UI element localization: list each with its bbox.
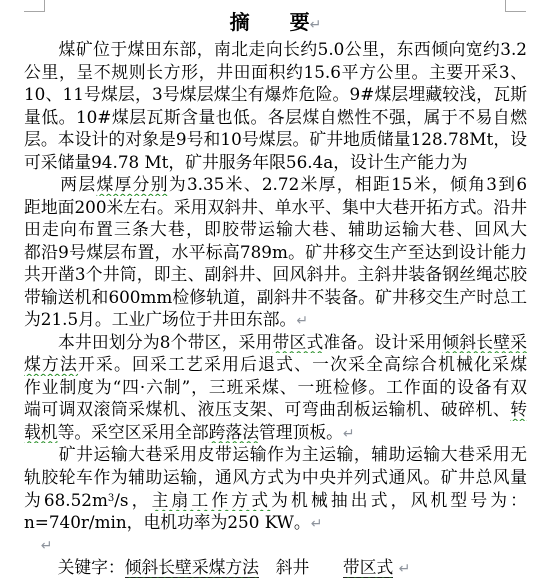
- body-text: 开采。回采工艺采用后退式、一次采全高综合机械化采煤法。: [24, 354, 527, 376]
- para-empty-line-1[interactable]: ↵: [24, 533, 527, 556]
- para-mining-method-line-5[interactable]: 载机等。采空区采用全部跨落法管理顶板。↵: [24, 421, 527, 444]
- para-transport-ventilation-line-4[interactable]: n=740r/min，电机功率为250 KW。↵: [24, 511, 527, 534]
- body-text: [259, 557, 276, 577]
- word-document-screenshot: { "meta": { "background_color": "#ffffff…: [0, 0, 550, 583]
- body-text: 作业制度为“四·六制”，三班采煤、一班检修。工作面的设备有双: [24, 377, 527, 397]
- paragraph-mark-icon: ↵: [399, 561, 411, 577]
- paragraph-mark-icon: ↵: [41, 538, 53, 554]
- keyword-underlined-text: 带区式: [343, 557, 393, 578]
- para-mine-overview-line-5[interactable]: 层。本设计的对象是9号和10号煤层。矿井地质储量128.78Mt，设计: [24, 128, 527, 151]
- body-text: 准备。设计采用: [323, 332, 442, 352]
- para-mining-method-line-2[interactable]: 煤方法开采。回采工艺采用后退式、一次采全高综合机械化采煤法。: [24, 353, 527, 376]
- body-text: 本井田划分为8个带区，采用: [24, 332, 273, 352]
- para-mine-overview-line-3[interactable]: 10、11号煤层，3号煤层煤尘有爆炸危险。9#煤层埋藏较浅，瓦斯含: [24, 83, 527, 106]
- body-text: 为21.5月。工业广场位于井田东部。: [24, 309, 296, 329]
- para-development-line-6[interactable]: 带输送机和600mm检修轨道，副斜井不装备。矿井移交生产时总工期: [24, 286, 527, 309]
- para-transport-ventilation-line-1[interactable]: 矿井运输大巷采用皮带运输作为主运输，辅助运输大巷采用无: [24, 443, 527, 466]
- spellcheck-flagged-text: 转: [510, 399, 527, 419]
- paragraph-mark-icon: ↵: [296, 313, 308, 329]
- document-page[interactable]: 摘 要↵ 煤矿位于煤田东部，南北走向长约5.0公里，东西倾向宽约3.2公里，呈不…: [24, 8, 527, 578]
- paragraph-mark-icon: ↵: [310, 17, 322, 33]
- para-transport-ventilation-line-2[interactable]: 轨胶轮车作为辅助运输，通风方式为中央并列式通风。矿井总风量: [24, 466, 527, 489]
- body-text: 管理顶板。: [259, 422, 343, 442]
- para-development-line-5[interactable]: 共开凿3个井筒，即主、副斜井、回风斜井。主斜井装备钢丝绳芯胶: [24, 263, 527, 286]
- paragraphs: 煤矿位于煤田东部，南北走向长约5.0公里，东西倾向宽约3.2公里，呈不规则长方形…: [24, 38, 527, 578]
- abstract-title: 摘 要↵: [24, 8, 527, 36]
- para-mine-overview-line-4[interactable]: 量低。10#煤层瓦斯含量也低。各层煤自燃性不强，属于不易自燃煤: [24, 106, 527, 129]
- para-mining-method-line-3[interactable]: 作业制度为“四·六制”，三班采煤、一班检修。工作面的设备有双: [24, 376, 527, 399]
- body-text: 距地面200米左右。采用双斜井、单水平、集中大巷开拓方式。沿井: [24, 197, 527, 217]
- para-development-line-3[interactable]: 田走向布置三条大巷，即胶带运输大巷、辅助运输大巷、回风大巷，: [24, 218, 527, 241]
- body-text: 可采储量94.78 Mt，矿井服务年限56.4a，设计生产能力为1.20Mt/a…: [24, 152, 468, 174]
- paragraph-mark-icon: ↵: [343, 426, 355, 442]
- para-development-line-4[interactable]: 都沿9号煤层布置，水平标高789m。矿井移交生产至达到设计能力时，: [24, 241, 527, 264]
- body-text: 公里，呈不规则长方形，井田面积约15.6平方公里。主要开采3、9、: [24, 62, 527, 84]
- body-text: 矿井运输大巷采用皮带运输作为主运输，辅助运输大巷采用无: [24, 444, 527, 464]
- para-mine-overview-line-1[interactable]: 煤矿位于煤田东部，南北走向长约5.0公里，东西倾向宽约3.2: [24, 38, 527, 61]
- spellcheck-flagged-text: 倾斜长壁采: [442, 332, 527, 352]
- body-text: 端可调双滚筒采煤机、液压支架、可弯曲刮板运输机、破碎机、: [24, 399, 510, 419]
- spellcheck-flagged-text: 煤厚分别: [96, 174, 168, 194]
- body-text: 田走向布置三条大巷，即胶带运输大巷、辅助运输大巷、回风大巷，: [24, 219, 527, 241]
- paragraph-mark-icon: ↵: [311, 516, 323, 532]
- body-text: 两层: [24, 174, 96, 194]
- body-text: 煤矿位于煤田东部，南北走向长约5.0公里，东西倾向宽约3.2: [24, 39, 527, 59]
- body-text: 为机械抽出式，风机型号为：: [271, 490, 527, 510]
- spellcheck-flagged-text: 带区式: [273, 332, 324, 352]
- para-mine-overview-line-2[interactable]: 公里，呈不规则长方形，井田面积约15.6平方公里。主要开采3、9、: [24, 61, 527, 84]
- spellcheck-flagged-text: 主扇工作方式: [152, 490, 272, 510]
- body-text: 带输送机和600mm检修轨道，副斜井不装备。矿井移交生产时总工期: [24, 287, 527, 309]
- body-text: [24, 534, 41, 554]
- spellcheck-flagged-text: 载机: [24, 422, 58, 442]
- body-text: 层。本设计的对象是9号和10号煤层。矿井地质储量128.78Mt，设计: [24, 129, 527, 151]
- body-text: [309, 557, 343, 577]
- body-text: n=740r/min，电机功率为250 KW。: [24, 512, 311, 532]
- para-mining-method-line-1[interactable]: 本井田划分为8个带区，采用带区式准备。设计采用倾斜长壁采: [24, 331, 527, 354]
- body-text: 共开凿3个井筒，即主、副斜井、回风斜井。主斜井装备钢丝绳芯胶: [24, 264, 527, 284]
- para-development-line-1[interactable]: 两层煤厚分别为3.35米、2.72米厚，相距15米，倾角3到6度，: [24, 173, 527, 196]
- para-mine-overview-line-6[interactable]: 可采储量94.78 Mt，矿井服务年限56.4a，设计生产能力为1.20Mt/a…: [24, 151, 527, 174]
- spellcheck-flagged-text: 跨落法: [209, 422, 259, 442]
- body-text: 斜井: [276, 557, 310, 577]
- body-text: 为68.52m: [24, 490, 108, 510]
- abstract-title-text: 摘 要: [230, 10, 310, 34]
- body-text: /s，: [114, 490, 151, 510]
- spellcheck-flagged-text: 煤方法: [24, 354, 78, 374]
- para-development-line-7[interactable]: 为21.5月。工业广场位于井田东部。↵: [24, 308, 527, 331]
- body-text: 量低。10#煤层瓦斯含量也低。各层煤自燃性不强，属于不易自燃煤: [24, 107, 527, 129]
- para-mining-method-line-4[interactable]: 端可调双滚筒采煤机、液压支架、可弯曲刮板运输机、破碎机、转: [24, 398, 527, 421]
- body-text: 等。采空区采用全部: [58, 422, 209, 442]
- body-text: 关键字：: [24, 557, 125, 577]
- para-keywords-line-1[interactable]: 关键字：倾斜长壁采煤方法 斜井 带区式 ↵: [24, 556, 527, 579]
- body-text: 都沿9号煤层布置，水平标高789m。矿井移交生产至达到设计能力时，: [24, 242, 527, 264]
- body-text: 10、11号煤层，3号煤层煤尘有爆炸危险。9#煤层埋藏较浅，瓦斯含: [24, 84, 527, 106]
- keyword-underlined-text: 倾斜长壁采煤方法: [125, 557, 259, 578]
- para-transport-ventilation-line-3[interactable]: 为68.52m3/s，主扇工作方式为机械抽出式，风机型号为：BD№20，: [24, 488, 527, 511]
- body-text: 轨胶轮车作为辅助运输，通风方式为中央并列式通风。矿井总风量: [24, 467, 527, 487]
- para-development-line-2[interactable]: 距地面200米左右。采用双斜井、单水平、集中大巷开拓方式。沿井: [24, 196, 527, 219]
